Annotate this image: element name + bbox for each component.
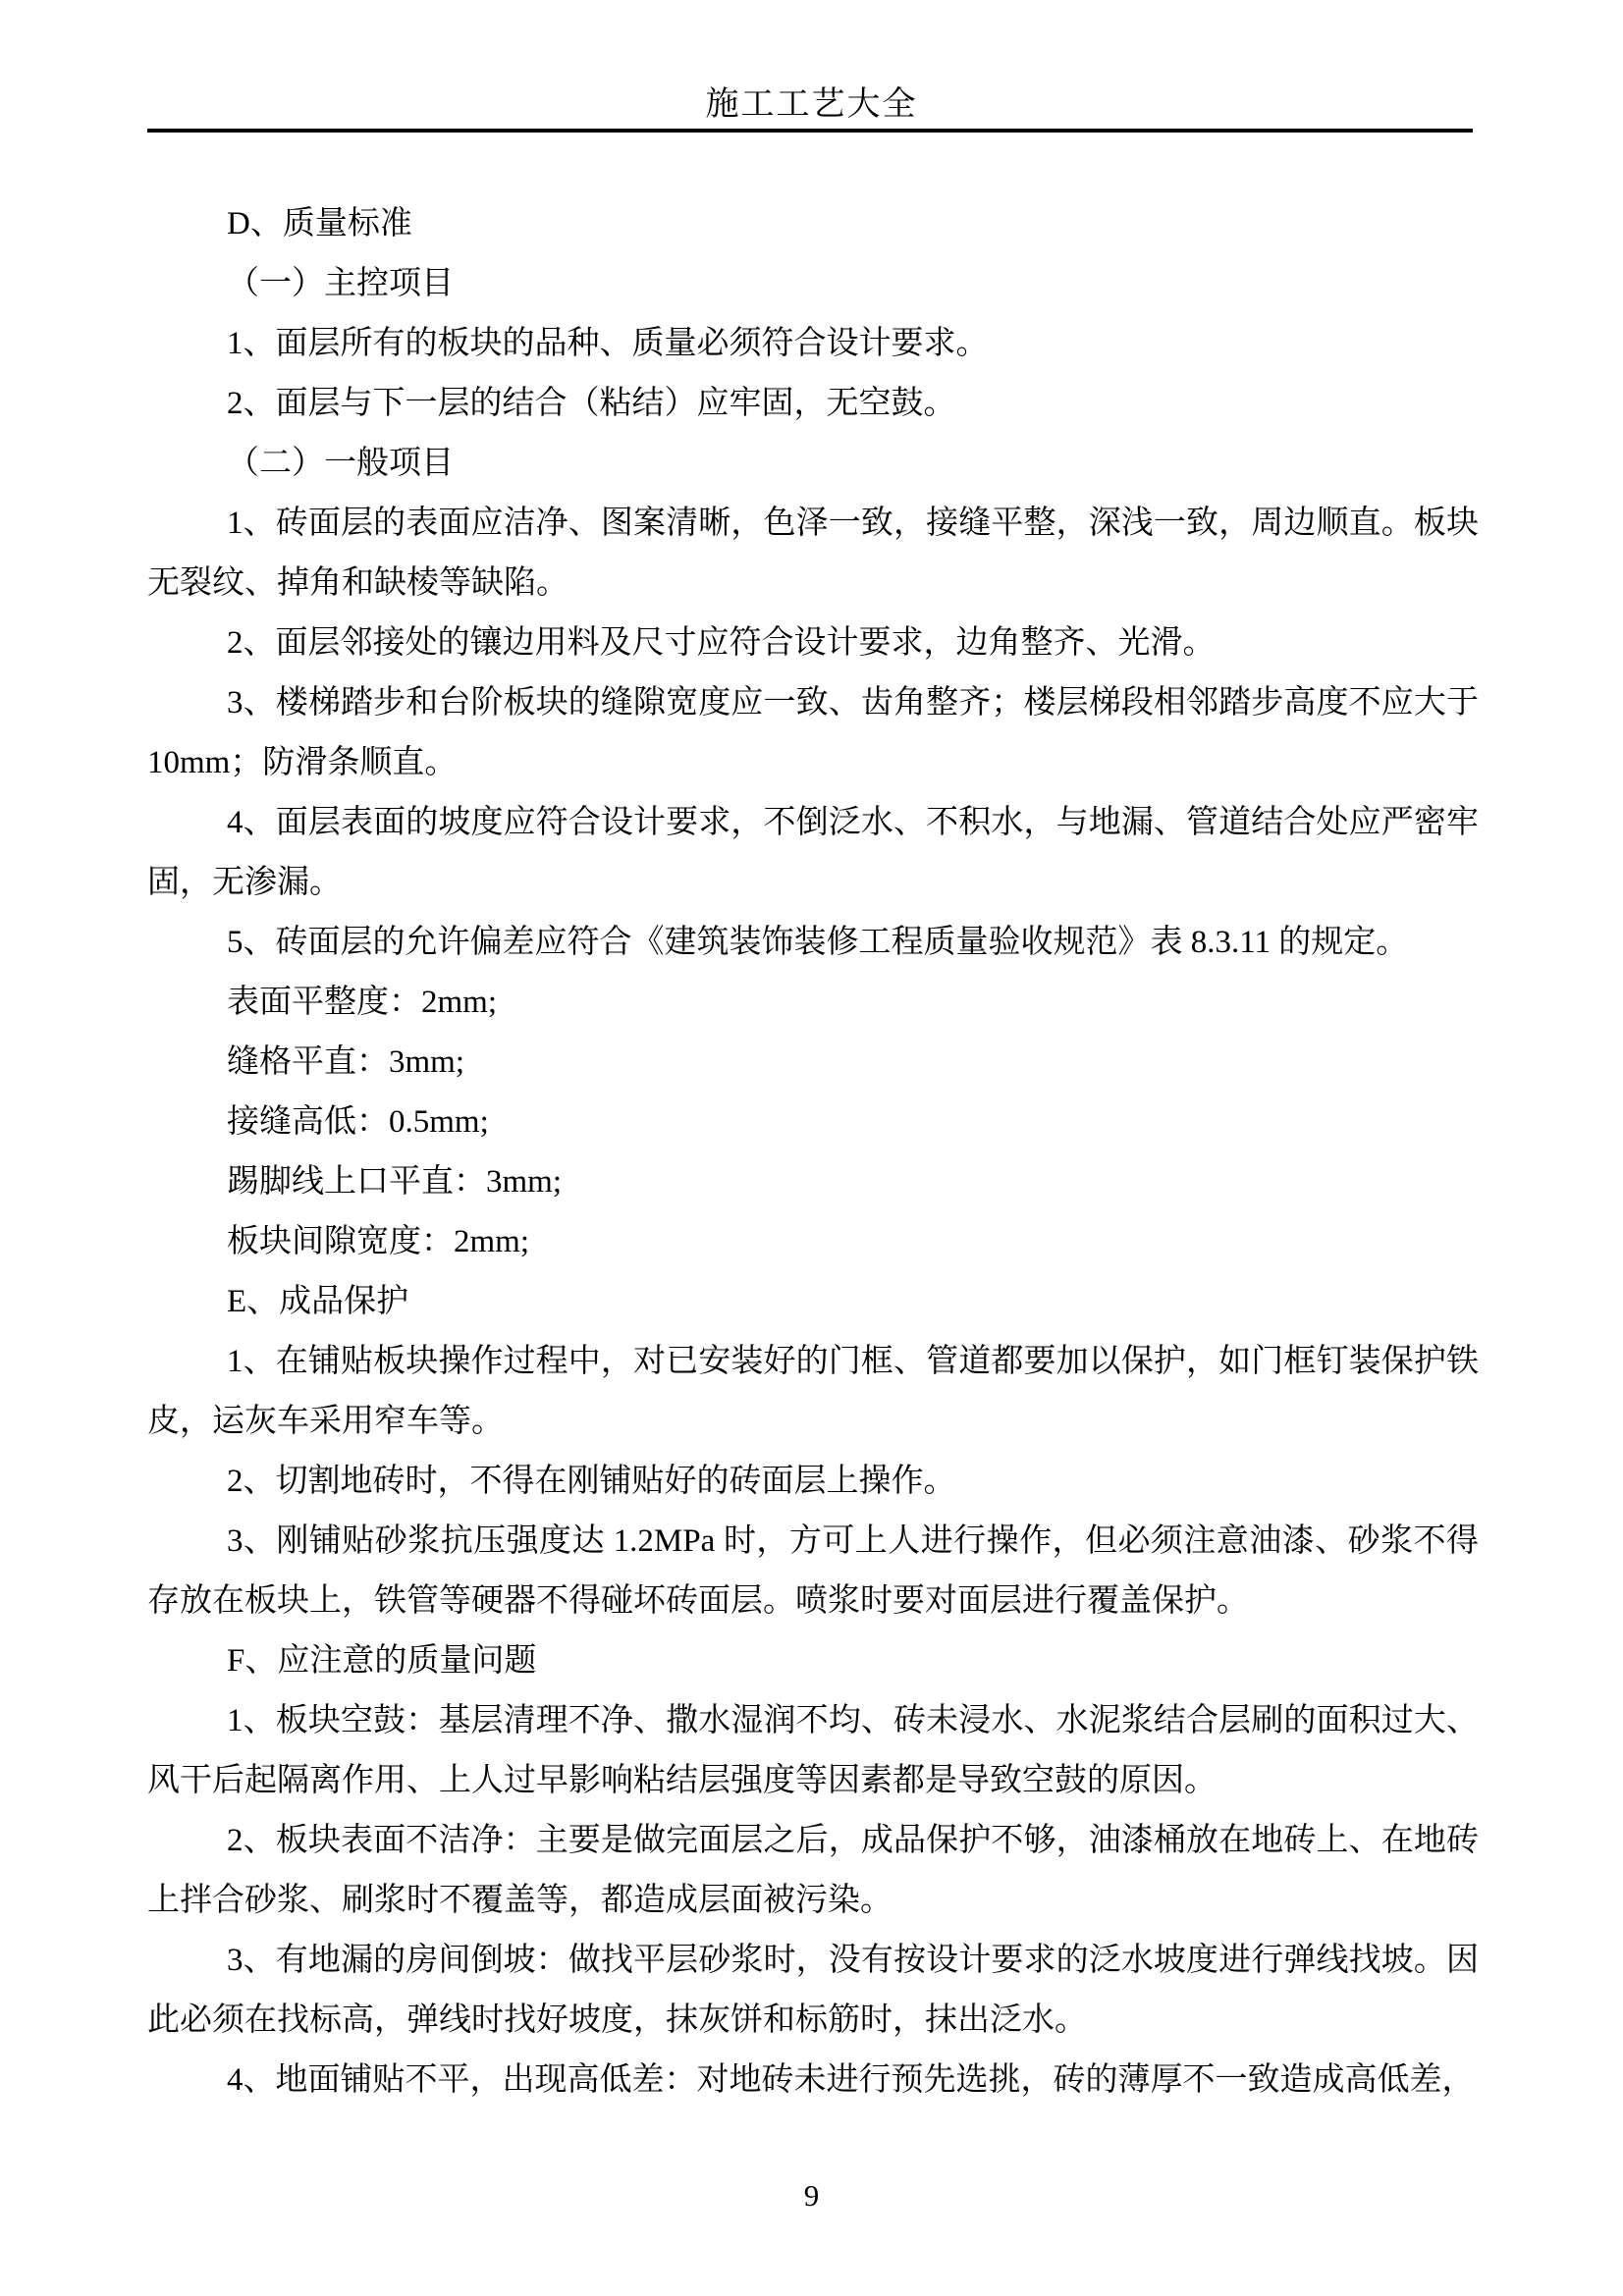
paragraph: 2、面层邻接处的镶边用料及尺寸应符合设计要求，边角整齐、光滑。	[147, 614, 1479, 673]
paragraph: （二）一般项目	[147, 434, 1479, 494]
paragraph: 接缝高低：0.5mm;	[147, 1093, 1479, 1152]
paragraph: 2、面层与下一层的结合（粘结）应牢固，无空鼓。	[147, 374, 1479, 434]
paragraph: 3、有地漏的房间倒坡：做找平层砂浆时，没有按设计要求的泛水坡度进行弹线找坡。因此…	[147, 1931, 1479, 2051]
paragraph: 3、刚铺贴砂浆抗压强度达 1.2MPa 时，方可上人进行操作，但必须注意油漆、砂…	[147, 1512, 1479, 1631]
paragraph: 4、地面铺贴不平，出现高低差：对地砖未进行预先选挑，砖的薄厚不一致造成高低差，	[147, 2051, 1479, 2110]
document-body: D、质量标准（一）主控项目1、面层所有的板块的品种、质量必须符合设计要求。2、面…	[147, 194, 1479, 2110]
paragraph: 1、板块空鼓：基层清理不净、撒水湿润不均、砖未浸水、水泥浆结合层刷的面积过大、风…	[147, 1691, 1479, 1811]
paragraph: 1、在铺贴板块操作过程中，对已安装好的门框、管道都要加以保护，如门框钉装保护铁皮…	[147, 1332, 1479, 1452]
paragraph: 缝格平直：3mm;	[147, 1033, 1479, 1093]
paragraph: F、应注意的质量问题	[147, 1631, 1479, 1691]
header-rule	[147, 129, 1473, 133]
paragraph: 表面平整度：2mm;	[147, 973, 1479, 1033]
paragraph: 5、砖面层的允许偏差应符合《建筑装饰装修工程质量验收规范》表 8.3.11 的规…	[147, 913, 1479, 973]
paragraph: 踢脚线上口平直：3mm;	[147, 1152, 1479, 1212]
paragraph: （一）主控项目	[147, 254, 1479, 314]
paragraph: 2、切割地砖时，不得在刚铺贴好的砖面层上操作。	[147, 1452, 1479, 1512]
page-number: 9	[0, 2177, 1623, 2215]
paragraph: D、质量标准	[147, 194, 1479, 254]
header-title: 施工工艺大全	[0, 86, 1623, 124]
paragraph: 1、砖面层的表面应洁净、图案清晰，色泽一致，接缝平整，深浅一致，周边顺直。板块无…	[147, 494, 1479, 614]
paragraph: 2、板块表面不洁净：主要是做完面层之后，成品保护不够，油漆桶放在地砖上、在地砖上…	[147, 1811, 1479, 1931]
paragraph: 1、面层所有的板块的品种、质量必须符合设计要求。	[147, 314, 1479, 374]
document-page: 施工工艺大全 D、质量标准（一）主控项目1、面层所有的板块的品种、质量必须符合设…	[0, 0, 1623, 2296]
paragraph: 4、面层表面的坡度应符合设计要求，不倒泛水、不积水，与地漏、管道结合处应严密牢固…	[147, 793, 1479, 913]
paragraph: E、成品保护	[147, 1272, 1479, 1332]
paragraph: 3、楼梯踏步和台阶板块的缝隙宽度应一致、齿角整齐；楼层梯段相邻踏步高度不应大于 …	[147, 673, 1479, 793]
paragraph: 板块间隙宽度：2mm;	[147, 1212, 1479, 1272]
